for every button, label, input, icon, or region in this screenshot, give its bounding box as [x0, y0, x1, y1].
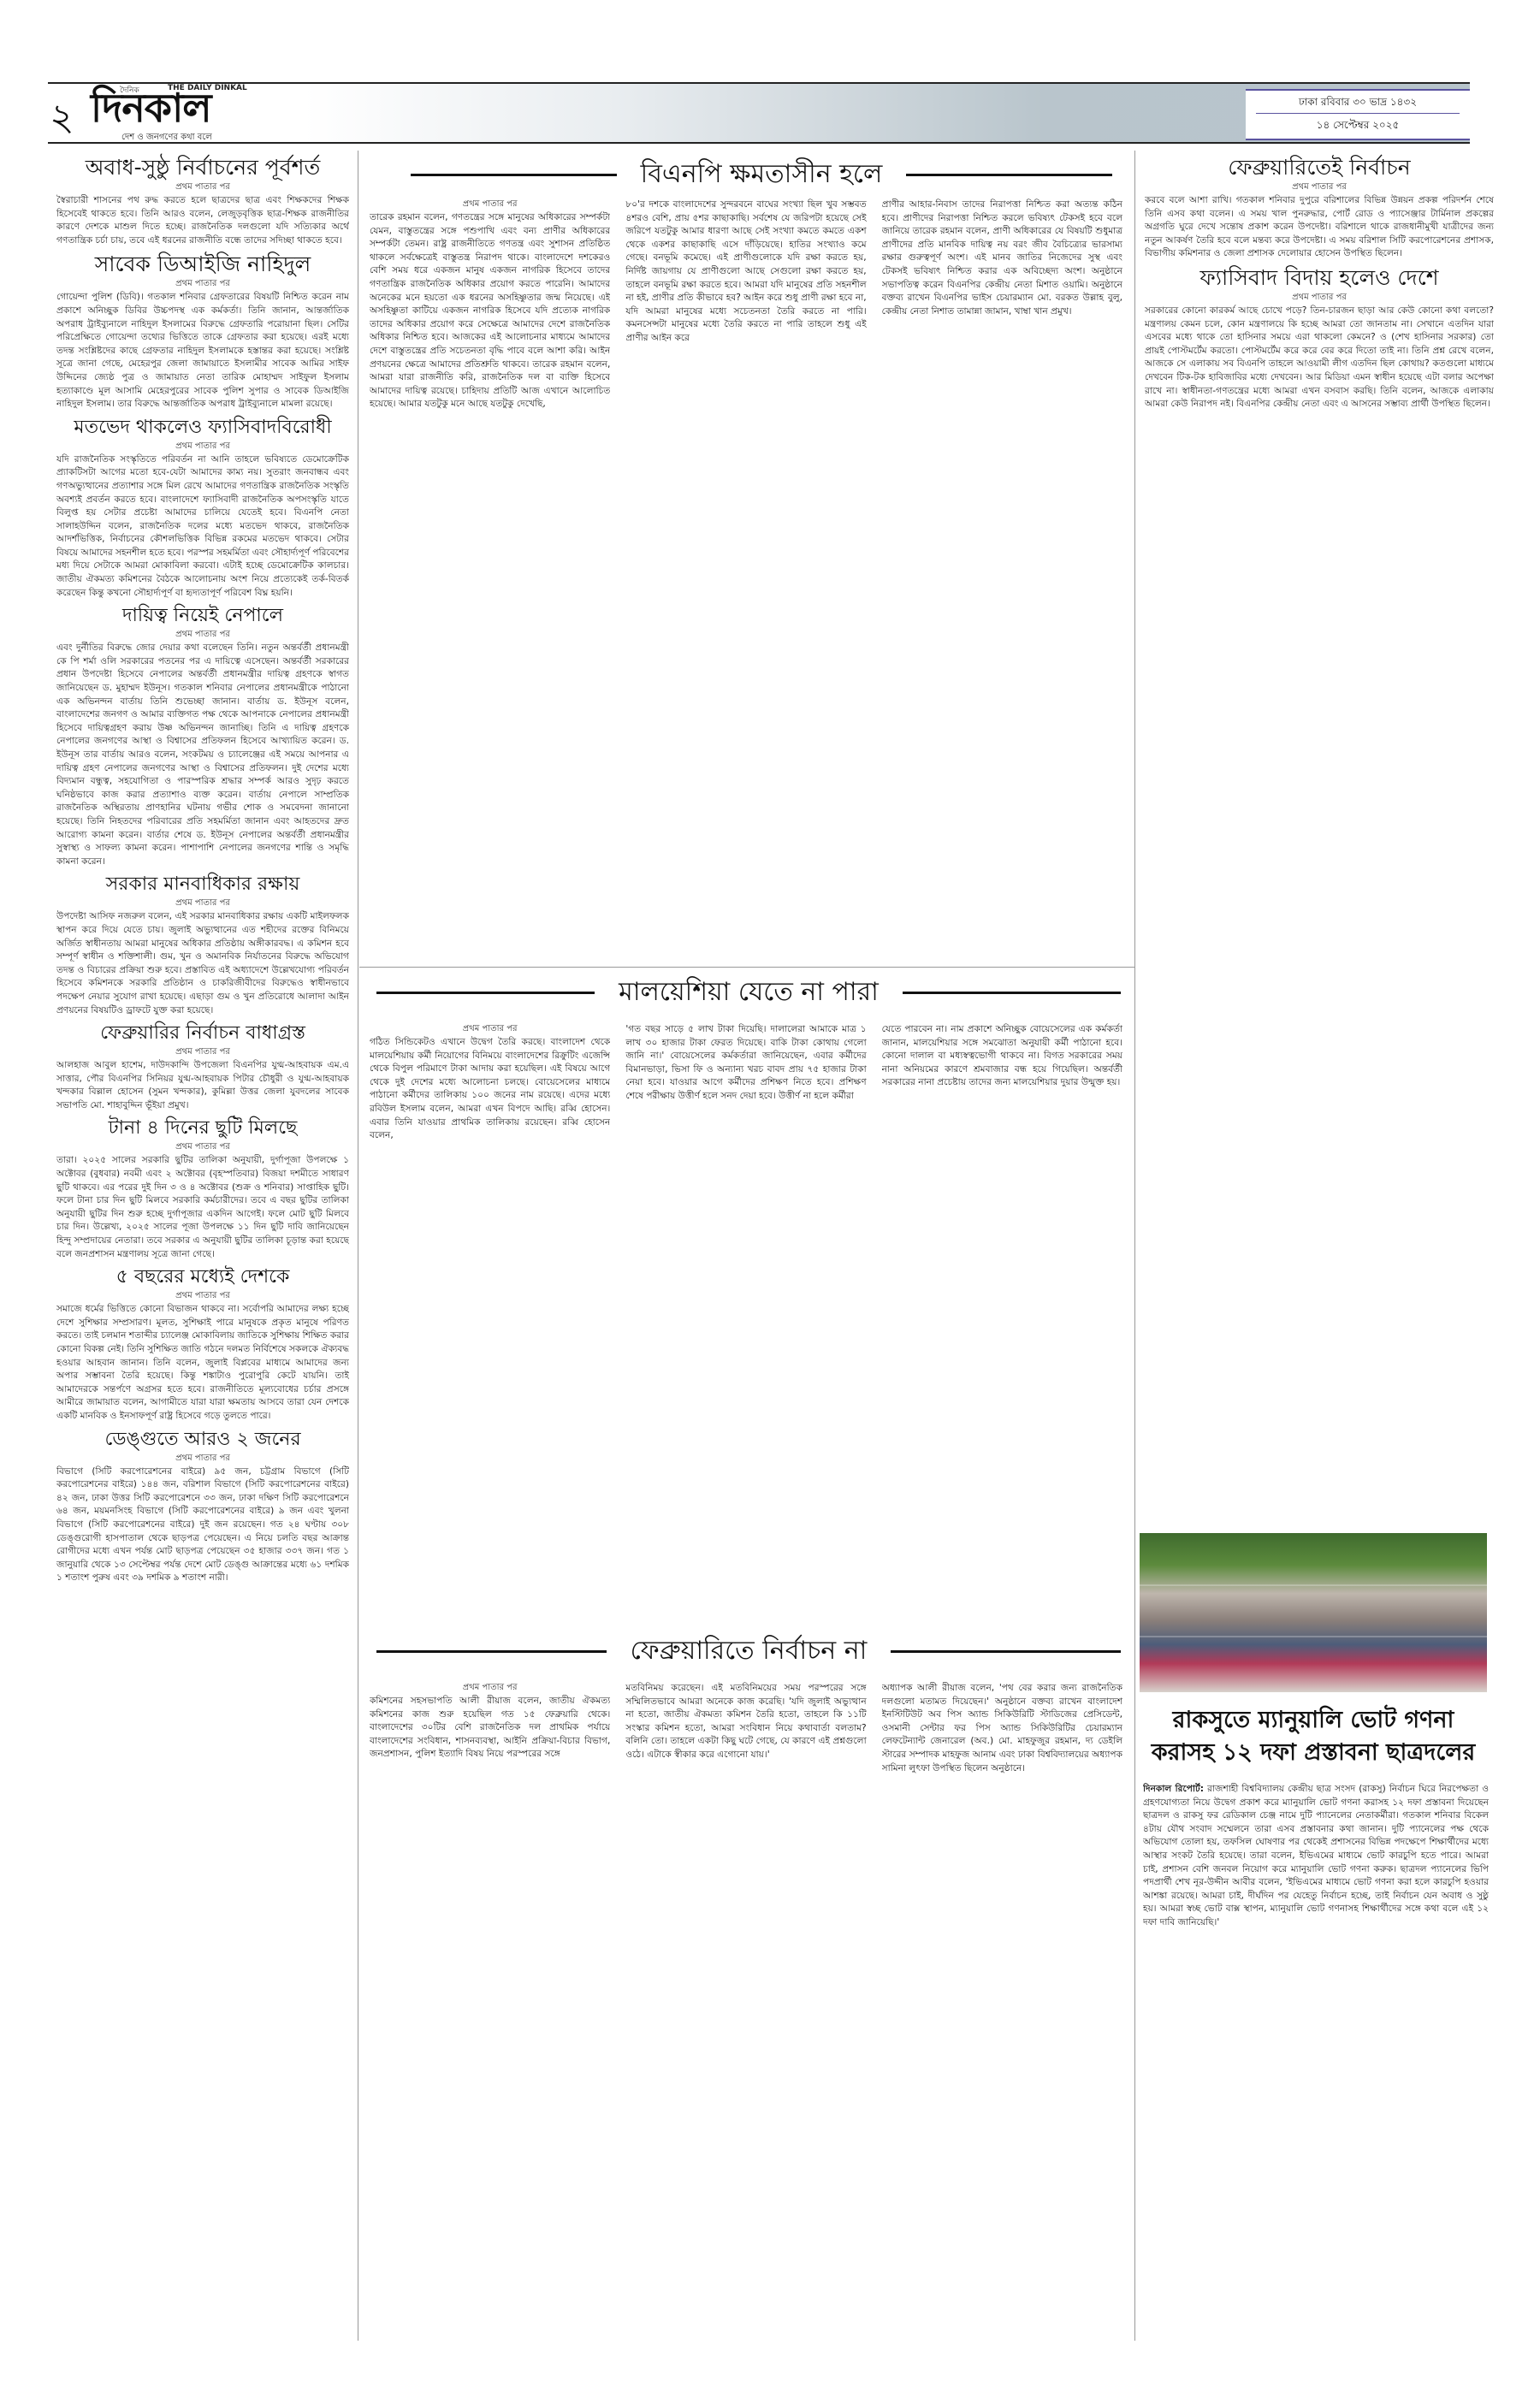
article-text: গঠিত সিন্ডিকেটও এখানে উদ্বেগ তৈরি করছে। …	[370, 1037, 610, 1140]
article-text: সরকারের কোনো কারকর্ম আছে চোখে পড়ে? তিন-…	[1145, 305, 1494, 411]
logo-small: দৈনিক	[120, 84, 139, 97]
article-feb-election-hampered: ফেব্রুয়ারির নির্বাচন বাধাগ্রস্ত প্রথম প…	[56, 1021, 349, 1112]
article-text: আলহাজ আবুল হাশেম, দাউদকান্দি উপজেলা বিএন…	[56, 1059, 349, 1112]
headline: বিএনপি ক্ষমতাসীন হলে	[636, 157, 888, 192]
article-column: ৮০'র দশকে বাংলাদেশের সুন্দরবনে বাঘের সংখ…	[625, 198, 866, 951]
article-nepal: দায়িত্ব নিয়েই নেপালে প্রথম পাতার পর এব…	[56, 603, 349, 868]
article-column: 'গত বছর সাড়ে ৫ লাখ টাকা দিয়েছি। দালালে…	[625, 1023, 866, 1605]
article-dengue: ডেঙ্গুতে আরও ২ জনের প্রথম পাতার পর বিভাগ…	[56, 1427, 349, 1585]
article-column: মতবিনিময় করেছেন। এই মতবিনিময়ের সময় পর…	[625, 1682, 866, 2341]
rule-line	[376, 992, 595, 994]
headline: দায়িত্ব নিয়েই নেপালে	[56, 603, 349, 629]
headline: সরকার মানবাধিকার রক্ষায়	[56, 872, 349, 897]
date-bangla: ঢাকা রবিবার ৩০ ভাদ্র ১৪৩২	[1256, 91, 1460, 114]
tagline: দেশ ও জনগণের কথা বলে	[121, 131, 212, 145]
article-former-dig: সাবেক ডিআইজি নাহিদুল প্রথম পাতার পর গোয়…	[56, 251, 349, 411]
article-text: রাজশাহী বিশ্ববিদ্যালয় কেন্দ্রীয় ছাত্র …	[1143, 1784, 1489, 1927]
continuation-kicker: প্রথম পাতার পর	[56, 1046, 349, 1057]
continuation-kicker: প্রথম পাতার পর	[56, 629, 349, 640]
byline: দিনকাল রিপোর্ট:	[1143, 1784, 1204, 1794]
rule-line	[411, 174, 617, 176]
article-text: তারেক রহমান বলেন, গণতন্ত্রের সঙ্গে মানুষ…	[370, 212, 610, 409]
article-fascism: ফ্যাসিবাদ বিদায় হলেও দেশে প্রথম পাতার প…	[1145, 264, 1494, 411]
headline: ৫ বছরের মধ্যেই দেশকে	[56, 1264, 349, 1290]
headline: মালয়েশিয়া যেতে না পারা	[613, 975, 884, 1009]
continuation-kicker: প্রথম পাতার পর	[56, 1453, 349, 1464]
article-text: স্বৈরাচারী শাসনের পথ রুদ্ধ করতে হলে ছাত্…	[56, 194, 349, 247]
continuation-kicker: প্রথম পাতার পর	[370, 1682, 610, 1693]
headline: ফেব্রুয়ারির নির্বাচন বাধাগ্রস্ত	[56, 1021, 349, 1046]
section-divider	[359, 967, 1134, 968]
raksu-article-body: দিনকাল রিপোর্ট: রাজশাহী বিশ্ববিদ্যালয় ক…	[1143, 1783, 1489, 2330]
headline: অবাধ-সুষ্ঠু নির্বাচনের পূর্বশর্ত	[56, 154, 349, 181]
raksu-headline: রাকসুতে ম্যানুয়ালি ভোট গণনা করাসহ ১২ দফ…	[1140, 1704, 1487, 1769]
article-text: তারা। ২০২৫ সালের সরকারি ছুটির তালিকা অনু…	[56, 1154, 349, 1261]
continuation-kicker: প্রথম পাতার পর	[56, 1141, 349, 1152]
malaysia-article-body: প্রথম পাতার পর গঠিত সিন্ডিকেটও এখানে উদ্…	[370, 1023, 1122, 1605]
right-column: ফেব্রুয়ারিতেই নির্বাচন প্রথম পাতার পর ক…	[1145, 151, 1494, 1485]
article-5-years: ৫ বছরের মধ্যেই দেশকে প্রথম পাতার পর সমাজ…	[56, 1264, 349, 1423]
masthead: ২ দিনকাল দৈনিক THE DAILY DINKAL দেশ ও জন…	[48, 82, 1470, 144]
headline: সাবেক ডিআইজি নাহিদুল	[56, 251, 349, 278]
article-text: কমিশনের সহসভাপতি আলী রীয়াজ বলেন, জাতীয়…	[370, 1696, 610, 1759]
feb-no-election-body: প্রথম পাতার পর কমিশনের সহসভাপতি আলী রীয়…	[370, 1682, 1122, 2341]
article-4-day-holiday: টানা ৪ দিনের ছুটি মিলছে প্রথম পাতার পর ত…	[56, 1116, 349, 1261]
continuation-kicker: প্রথম পাতার পর	[370, 1023, 610, 1034]
rule-line	[376, 1650, 607, 1653]
continuation-kicker: প্রথম পাতার পর	[56, 278, 349, 289]
continuation-kicker: প্রথম পাতার পর	[370, 198, 610, 210]
bnp-headline-bar: বিএনপি ক্ষমতাসীন হলে	[411, 157, 1112, 192]
article-column: প্রথম পাতার পর গঠিত সিন্ডিকেটও এখানে উদ্…	[370, 1023, 610, 1605]
column-divider	[1134, 151, 1135, 2341]
date-gregorian: ১৪ সেপ্টেম্বর ২০২৫	[1246, 114, 1470, 136]
article-text: গোয়েন্দা পুলিশ (ডিবি)। গতকাল শনিবার গ্র…	[56, 291, 349, 411]
article-text: বিভাগে (সিটি করপোরেশনের বাইরে) ৯৫ জন, চট…	[56, 1465, 349, 1585]
article-column: যেতে পারবেন না। নাম প্রকাশে অনিচ্ছুক বোয…	[882, 1023, 1122, 1605]
article-text: সমাজে ধর্মের ভিত্তিতে কোনো বিভাজন থাকবে …	[56, 1303, 349, 1423]
photo-detail	[1140, 1636, 1487, 1637]
left-column: অবাধ-সুষ্ঠু নির্বাচনের পূর্বশর্ত প্রথম প…	[56, 151, 349, 2341]
article-column: অধ্যাপক আলী রীয়াজ বলেন, 'পথ বের করার জন…	[882, 1682, 1122, 2341]
article-anti-fascist: মতভেদ থাকলেও ফ্যাসিবাদবিরোধী প্রথম পাতার…	[56, 415, 349, 601]
headline: মতভেদ থাকলেও ফ্যাসিবাদবিরোধী	[56, 415, 349, 441]
headline: ফেব্রুয়ারিতে নির্বাচন না	[625, 1634, 873, 1668]
headline: ফেব্রুয়ারিতেই নির্বাচন	[1145, 154, 1494, 181]
article-free-fair-election: অবাধ-সুষ্ঠু নির্বাচনের পূর্বশর্ত প্রথম প…	[56, 154, 349, 247]
continuation-kicker: প্রথম পাতার পর	[1145, 292, 1494, 303]
article-column: প্রথম পাতার পর কমিশনের সহসভাপতি আলী রীয়…	[370, 1682, 610, 2341]
continuation-kicker: প্রথম পাতার পর	[56, 441, 349, 452]
continuation-kicker: প্রথম পাতার পর	[1145, 181, 1494, 192]
press-conference-photo	[1140, 1533, 1487, 1692]
rule-line	[903, 992, 1121, 994]
bnp-article-body: প্রথম পাতার পর তারেক রহমান বলেন, গণতন্ত্…	[370, 198, 1122, 951]
malaysia-headline-bar: মালয়েশিয়া যেতে না পারা	[376, 975, 1121, 1009]
article-text: করবে বলে আশা রাখি। গতকাল শনিবার দুপুরে ব…	[1145, 194, 1494, 261]
headline: টানা ৪ দিনের ছুটি মিলছে	[56, 1116, 349, 1141]
page-number: ২	[50, 89, 74, 151]
article-text: উপদেষ্টা আসিফ নজরুল বলেন, এই সরকার মানবা…	[56, 910, 349, 1017]
newspaper-logo: দিনকাল দৈনিক THE DAILY DINKAL দেশ ও জনগণ…	[91, 86, 211, 130]
article-human-rights: সরকার মানবাধিকার রক্ষায় প্রথম পাতার পর …	[56, 872, 349, 1017]
article-feb-election: ফেব্রুয়ারিতেই নির্বাচন প্রথম পাতার পর ক…	[1145, 154, 1494, 261]
column-divider	[358, 151, 358, 2341]
photo-detail	[1140, 1584, 1487, 1586]
article-text: এবং দুর্নীতির বিরুদ্ধে জোর দেয়ার কথা বল…	[56, 642, 349, 868]
continuation-kicker: প্রথম পাতার পর	[56, 1290, 349, 1301]
continuation-kicker: প্রথম পাতার পর	[56, 897, 349, 909]
article-text: যদি রাজনৈতিক সংস্কৃতিতে পরিবর্তন না আনি …	[56, 453, 349, 601]
logo-english: THE DAILY DINKAL	[168, 84, 247, 92]
rule-line	[891, 1650, 1121, 1653]
rule-line	[906, 174, 1112, 176]
continuation-kicker: প্রথম পাতার পর	[56, 181, 349, 192]
date-box: ঢাকা রবিবার ৩০ ভাদ্র ১৪৩২ ১৪ সেপ্টেম্বর …	[1246, 89, 1470, 140]
headline: ফ্যাসিবাদ বিদায় হলেও দেশে	[1145, 264, 1494, 292]
article-column: প্রথম পাতার পর তারেক রহমান বলেন, গণতন্ত্…	[370, 198, 610, 951]
headline: ডেঙ্গুতে আরও ২ জনের	[56, 1427, 349, 1453]
feb-no-election-headline-bar: ফেব্রুয়ারিতে নির্বাচন না	[376, 1634, 1121, 1668]
article-column: প্রাণীর আহার-নিবাস তাদের নিরাপত্তা নিশ্চ…	[882, 198, 1122, 951]
